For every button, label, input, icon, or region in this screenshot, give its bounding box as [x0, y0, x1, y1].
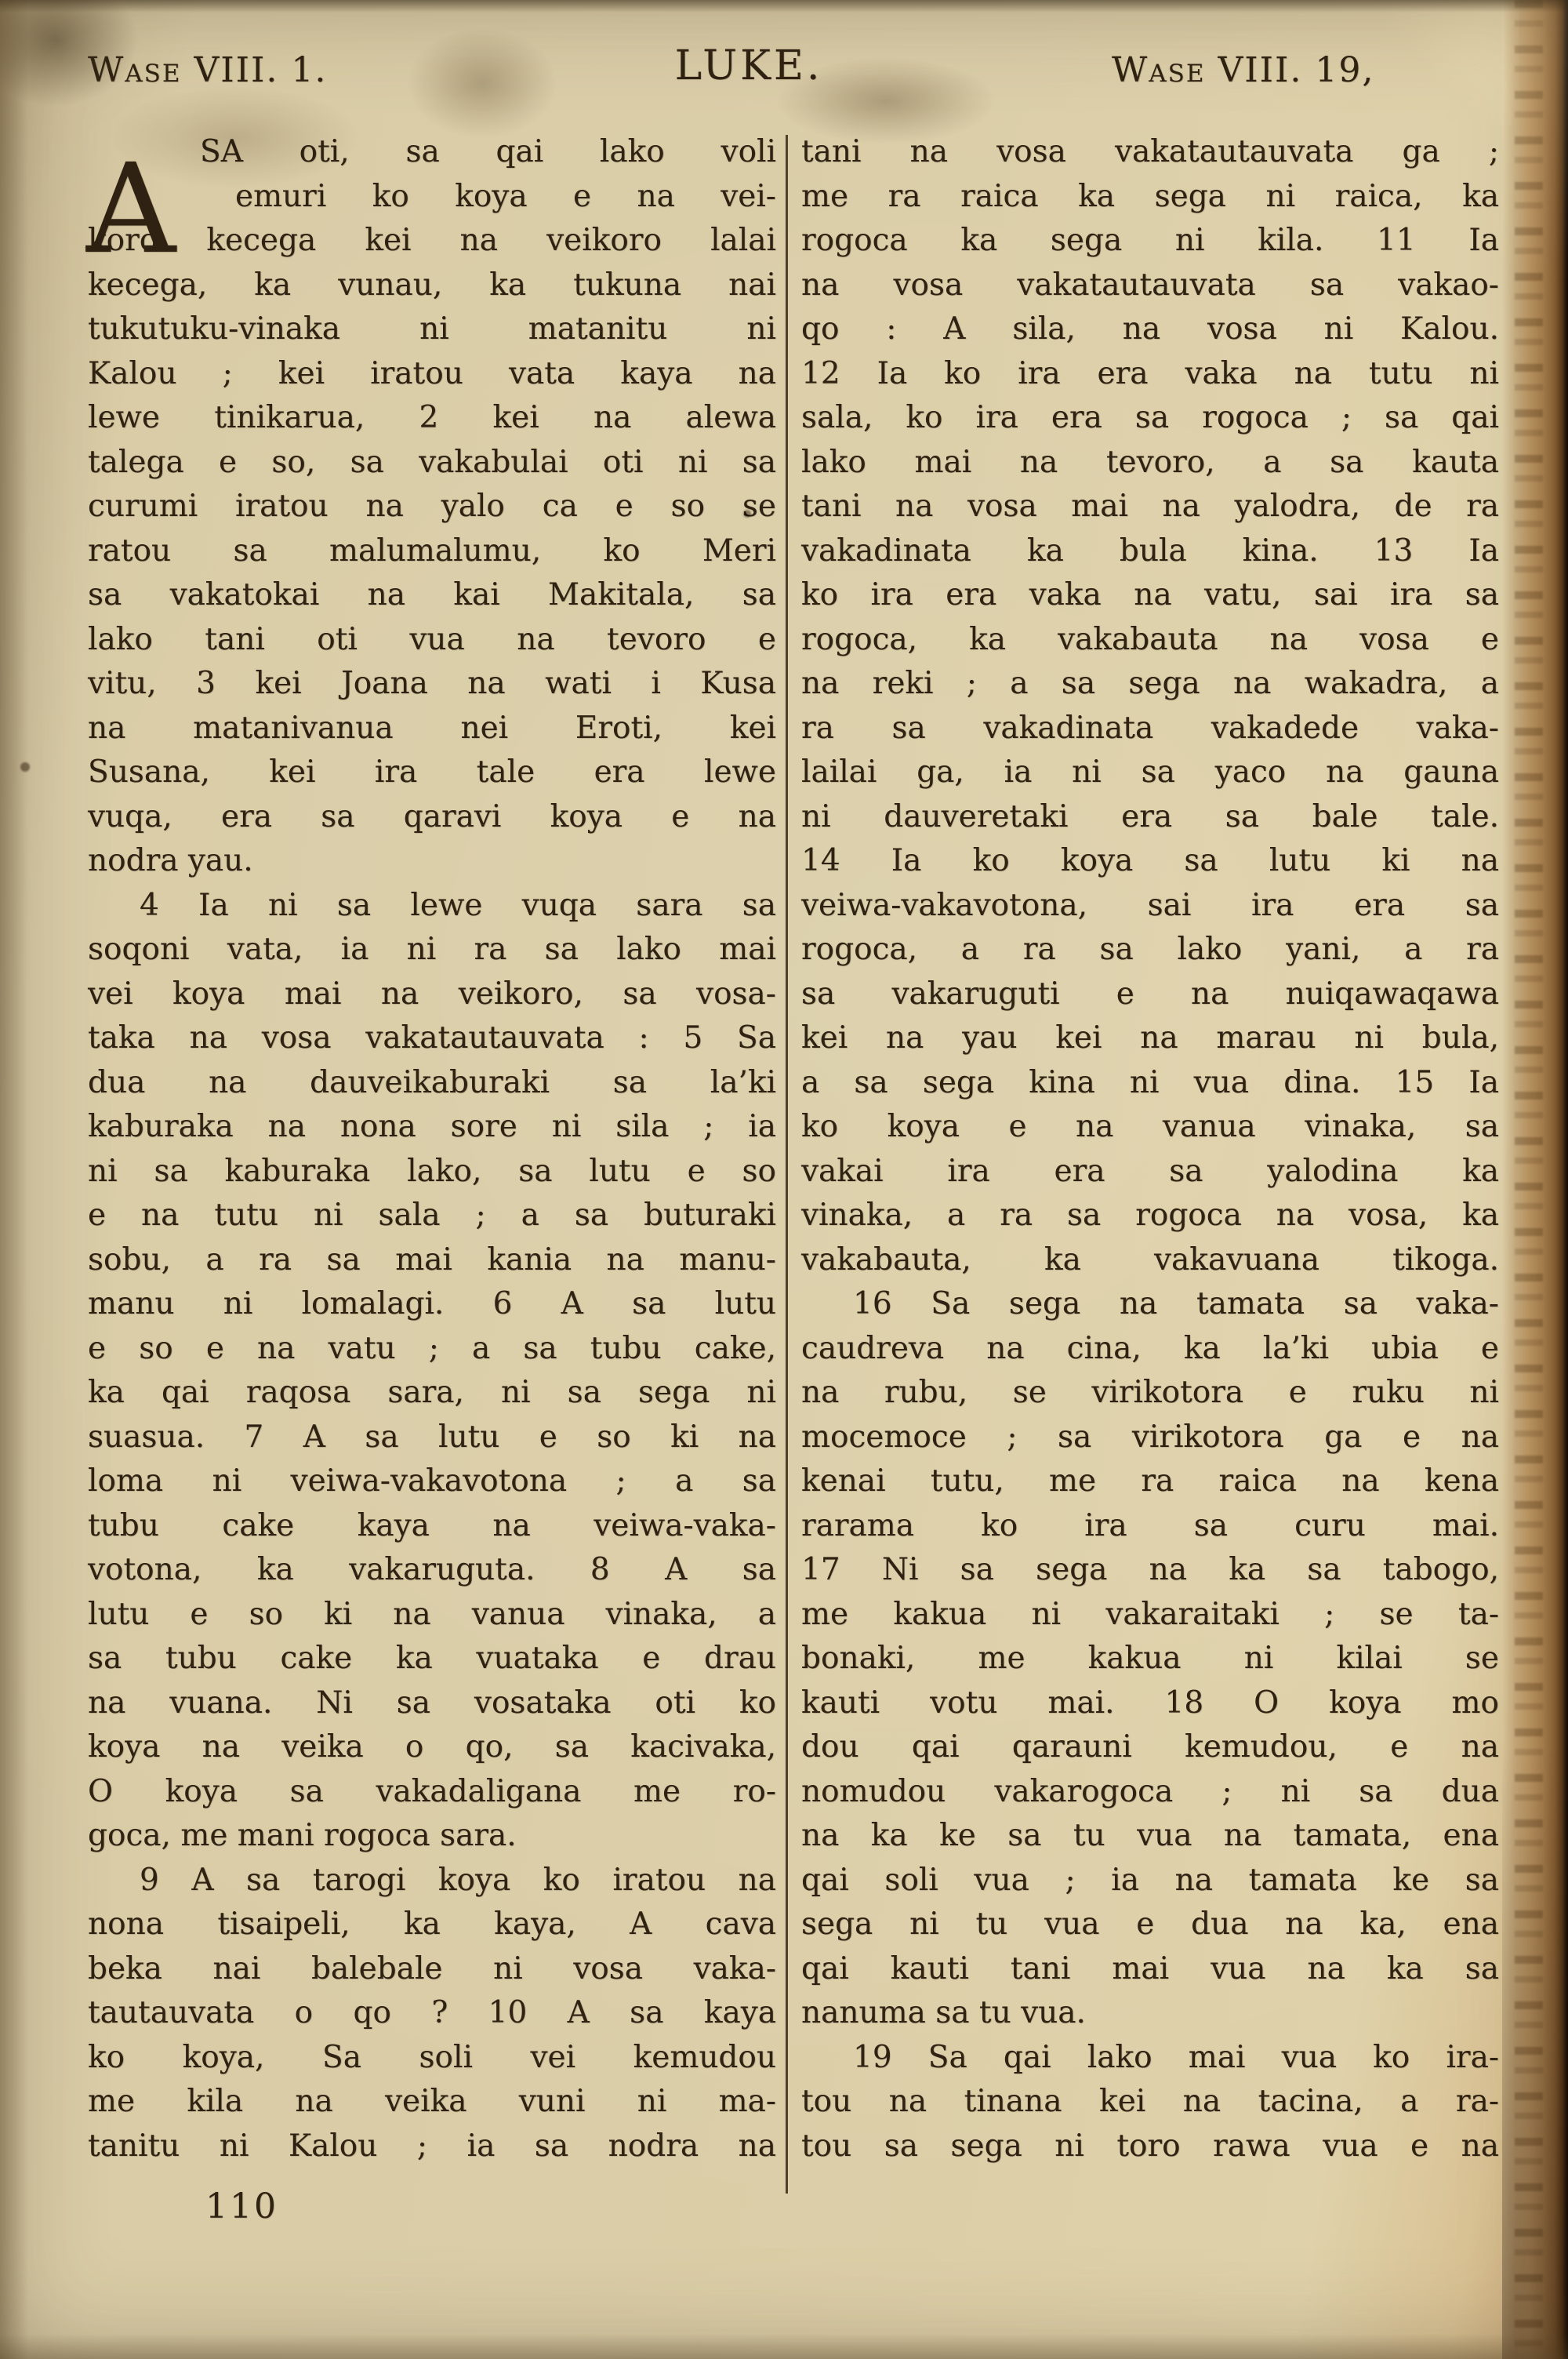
text-line: e so e na vatu ; a sa tubu cake,	[88, 1327, 776, 1372]
drop-cap: A	[86, 147, 176, 271]
text-line: tani na vosa mai na yalodra, de ra	[801, 485, 1499, 529]
text-line: sobu, a ra sa mai kania na manu-	[88, 1238, 776, 1283]
text-line: nodra yau.	[88, 839, 776, 884]
text-line: tou sa sega ni toro rawa vua e na	[801, 2125, 1499, 2169]
photo-corner-shadow	[0, 0, 138, 107]
text-line: koya na veika o qo, sa kacivaka,	[88, 1725, 776, 1770]
text-line: manu ni lomalagi. 6 A sa lutu	[88, 1282, 776, 1327]
text-line: nomudou vakarogoca ; ni sa dua	[801, 1770, 1499, 1815]
text-line: sa tubu cake ka vuataka e drau	[88, 1637, 776, 1681]
text-column-left: SA oti, sa qai lako voliemuri ko koya e …	[88, 130, 776, 2168]
photo-vignette	[0, 0, 1568, 2359]
book-page-photo: Wase VIII. 1. LUKE. Wase VIII. 19, A SA …	[0, 0, 1568, 2359]
text-line: beka nai balebale ni vosa vaka-	[88, 1947, 776, 1992]
ink-speck	[743, 510, 751, 518]
text-line: 9 A sa tarogi koya ko iratou na	[88, 1859, 776, 1903]
text-line: dou qai qarauni kemudou, e na	[801, 1725, 1499, 1770]
text-line: sa vakaruguti e na nuiqawaqawa	[801, 972, 1499, 1017]
text-line: talega e so, sa vakabulai oti ni sa	[88, 441, 776, 485]
foxing-stain	[110, 86, 361, 188]
text-line: votona, ka vakaruguta. 8 A sa	[88, 1548, 776, 1593]
text-line: kei na yau kei na marau ni bula,	[801, 1016, 1499, 1061]
text-line: kenai tutu, me ra raica na kena	[801, 1459, 1499, 1504]
text-line: veiwa-vakavotona, sai ira era sa	[801, 884, 1499, 929]
page-number: 110	[205, 2186, 278, 2226]
text-line: taka na vosa vakatautauvata : 5 Sa	[88, 1016, 776, 1061]
text-line: qo : A sila, na vosa ni Kalou.	[801, 307, 1499, 352]
foxing-stain	[408, 28, 557, 138]
ink-speck	[20, 762, 30, 772]
text-line: sa vakatokai na kai Makitala, sa	[88, 573, 776, 618]
text-line: na vuana. Ni sa vosataka oti ko	[88, 1681, 776, 1726]
text-line: na rubu, se virikotora e ruku ni	[801, 1371, 1499, 1416]
text-line: rogoca, a ra sa lako yani, a ra	[801, 928, 1499, 972]
text-line: curumi iratou na yalo ca e so se	[88, 485, 776, 529]
text-line: tani na vosa vakatautauvata ga ;	[801, 130, 1499, 175]
text-line: koro kecega kei na veikoro lalai	[88, 219, 776, 264]
text-line: 12 Ia ko ira era vaka na tutu ni	[801, 352, 1499, 397]
text-line: lako tani oti vua na tevoro e	[88, 618, 776, 663]
text-line: vakabauta, ka vakavuana tikoga.	[801, 1238, 1499, 1283]
text-line: sala, ko ira era sa rogoca ; sa qai	[801, 396, 1499, 441]
photo-edge-shadow-left	[0, 0, 28, 2359]
text-line: vei koya mai na veikoro, sa vosa-	[88, 972, 776, 1017]
text-line: tou na tinana kei na tacina, a ra-	[801, 2080, 1499, 2125]
text-line: 4 Ia ni sa lewe vuqa sara sa	[88, 884, 776, 929]
text-line: ratou sa malumalumu, ko Meri	[88, 529, 776, 574]
text-line: rogoca, ka vakabauta na vosa e	[801, 618, 1499, 663]
text-line: 16 Sa sega na tamata sa vaka-	[801, 1282, 1499, 1327]
text-line: O koya sa vakadaligana me ro-	[88, 1770, 776, 1815]
text-line: rarama ko ira sa curu mai.	[801, 1504, 1499, 1549]
text-line: suasua. 7 A sa lutu e so ki na	[88, 1416, 776, 1460]
text-line: dua na dauveikaburaki sa la’ki	[88, 1061, 776, 1106]
text-line: lako mai na tevoro, a sa kauta	[801, 441, 1499, 485]
text-line: ko koya, Sa soli vei kemudou	[88, 2036, 776, 2081]
text-line: vinaka, a ra sa rogoca na vosa, ka	[801, 1194, 1499, 1238]
text-line: soqoni vata, ia ni ra sa lako mai	[88, 928, 776, 972]
text-line: ni dauveretaki era sa bale tale.	[801, 795, 1499, 840]
column-divider-rule	[786, 135, 788, 2194]
text-line: kecega, ka vunau, ka tukuna nai	[88, 264, 776, 308]
text-line: tubu cake kaya na veiwa-vaka-	[88, 1504, 776, 1549]
running-head-title: LUKE.	[627, 42, 870, 89]
text-line: nanuma sa tu vua.	[801, 1991, 1499, 2036]
text-line: a sa sega kina ni vua dina. 15 Ia	[801, 1061, 1499, 1106]
text-line: ka qai raqosa sara, ni sa sega ni	[88, 1371, 776, 1416]
text-line: na matanivanua nei Eroti, kei	[88, 707, 776, 751]
photo-edge-shadow-top	[0, 0, 1568, 13]
text-line: lailai ga, ia ni sa yaco na gauna	[801, 751, 1499, 795]
text-line: ra sa vakadinata vakadede vaka-	[801, 707, 1499, 751]
text-line: vakadinata ka bula kina. 13 Ia	[801, 529, 1499, 574]
text-line: goca, me mani rogoca sara.	[88, 1814, 776, 1859]
text-line: e na tutu ni sala ; a sa buturaki	[88, 1194, 776, 1238]
text-line: 14 Ia ko koya sa lutu ki na	[801, 839, 1499, 884]
text-line: 17 Ni sa sega na ka sa tabogo,	[801, 1548, 1499, 1593]
text-line: ko koya e na vanua vinaka, sa	[801, 1105, 1499, 1150]
text-line: Kalou ; kei iratou vata kaya na	[88, 352, 776, 397]
text-line: 19 Sa qai lako mai vua ko ira-	[801, 2036, 1499, 2081]
text-line: qai soli vua ; ia na tamata ke sa	[801, 1859, 1499, 1903]
text-line: vitu, 3 kei Joana na wati i Kusa	[88, 662, 776, 707]
foxing-stain	[776, 58, 996, 144]
text-line: na reki ; a sa sega na wakadra, a	[801, 662, 1499, 707]
text-line: nona tisaipeli, ka kaya, A cava	[88, 1903, 776, 1947]
text-line: me kila na veika vuni ni ma-	[88, 2080, 776, 2125]
text-line: kauti votu mai. 18 O koya mo	[801, 1681, 1499, 1726]
text-line: vakai ira era sa yalodina ka	[801, 1150, 1499, 1194]
text-line: caudreva na cina, ka la’ki ubia e	[801, 1327, 1499, 1372]
text-line: tautauvata o qo ? 10 A sa kaya	[88, 1991, 776, 2036]
text-line: na vosa vakatautauvata sa vakao-	[801, 264, 1499, 308]
text-line: Susana, kei ira tale era lewe	[88, 751, 776, 795]
text-line: sega ni tu vua e dua na ka, ena	[801, 1903, 1499, 1947]
text-line: ko ira era vaka na vatu, sai ira sa	[801, 573, 1499, 618]
text-line: vuqa, era sa qaravi koya e na	[88, 795, 776, 840]
running-head-right: Wase VIII. 19,	[1112, 50, 1374, 90]
text-line: kaburaka na nona sore ni sila ; ia	[88, 1105, 776, 1150]
text-line: tanitu ni Kalou ; ia sa nodra na	[88, 2125, 776, 2169]
text-line: bonaki, me kakua ni kilai se	[801, 1637, 1499, 1681]
text-line: me ra raica ka sega ni raica, ka	[801, 175, 1499, 220]
text-line: qai kauti tani mai vua na ka sa	[801, 1947, 1499, 1992]
page-corner-highlight	[1370, 0, 1519, 125]
text-line: lutu e so ki na vanua vinaka, a	[88, 1593, 776, 1637]
text-line: loma ni veiwa-vakavotona ; a sa	[88, 1459, 776, 1504]
text-line: SA oti, sa qai lako voli	[88, 130, 776, 175]
text-line: tukutuku-vinaka ni matanitu ni	[88, 307, 776, 352]
running-head-left: Wase VIII. 1.	[88, 50, 327, 90]
text-line: me kakua ni vakaraitaki ; se ta-	[801, 1593, 1499, 1637]
photo-edge-shadow-bottom	[0, 2334, 1568, 2359]
text-line: lewe tinikarua, 2 kei na alewa	[88, 396, 776, 441]
text-line: rogoca ka sega ni kila. 11 Ia	[801, 219, 1499, 264]
text-line: na ka ke sa tu vua na tamata, ena	[801, 1814, 1499, 1859]
text-line: ni sa kaburaka lako, sa lutu e so	[88, 1150, 776, 1194]
text-line: emuri ko koya e na vei-	[88, 175, 776, 220]
text-line: mocemoce ; sa virikotora ga e na	[801, 1416, 1499, 1460]
text-column-right: tani na vosa vakatautauvata ga ;me ra ra…	[801, 130, 1499, 2168]
book-fore-edge	[1502, 0, 1568, 2359]
